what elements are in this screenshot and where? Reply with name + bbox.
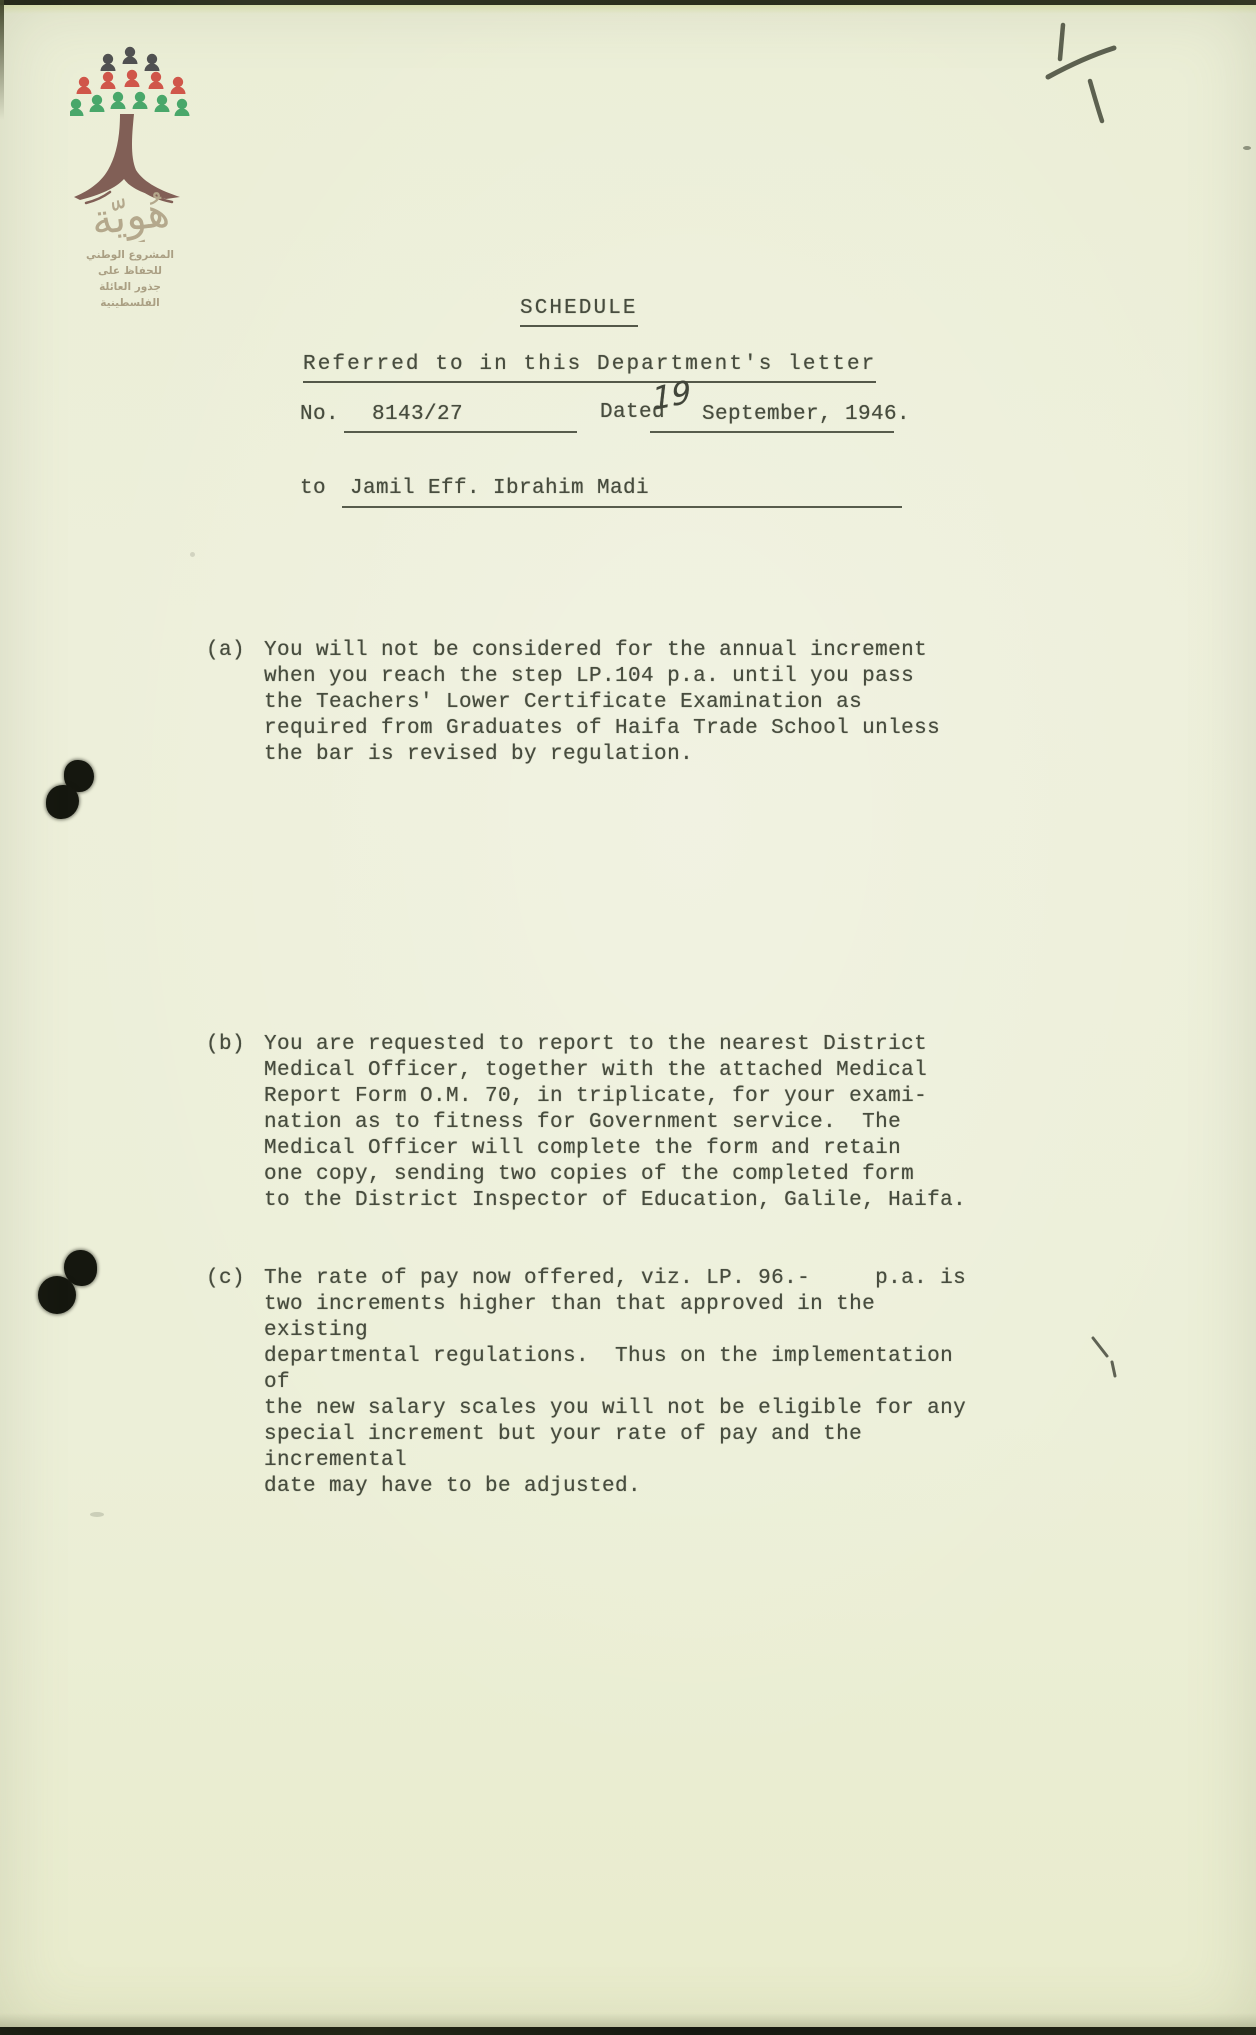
canopy-people-red xyxy=(77,70,186,94)
paragraph-b-label: (b) xyxy=(206,1032,245,1058)
handwritten-tick-marks xyxy=(1085,1330,1125,1380)
reference-line: Referred to in this Department's letter xyxy=(303,352,876,383)
dated-value: September, 1946. xyxy=(702,402,910,428)
scan-speck xyxy=(90,1512,104,1517)
scan-edge-top-tint xyxy=(0,5,1256,14)
number-label: No. xyxy=(300,402,339,428)
identity-project-logo: هُوِيّة المشروع الوطني للحفاظ على جذور ا… xyxy=(70,42,190,311)
scan-edge-bottom-shade xyxy=(0,2013,1256,2027)
handwritten-day: 19 xyxy=(651,374,692,418)
paragraph-a-text: You will not be considered for the annua… xyxy=(264,638,984,768)
scan-speck xyxy=(190,552,195,557)
ink-blot-upper xyxy=(44,758,114,828)
scan-speck xyxy=(1243,146,1251,150)
canopy-people-gray xyxy=(101,47,160,71)
logo-tagline-line2: جذور العائلة الفلسطينية xyxy=(70,279,190,311)
number-value: 8143/27 xyxy=(372,402,463,428)
handwritten-page-mark xyxy=(1030,15,1130,130)
recipient-label: to xyxy=(300,476,326,502)
document-title: SCHEDULE xyxy=(520,296,638,327)
scan-edge-bottom xyxy=(0,2027,1256,2035)
logo-tagline-line1: المشروع الوطني للحفاظ على xyxy=(70,247,190,279)
number-fill-line xyxy=(344,431,577,433)
recipient-value: Jamil Eff. Ibrahim Madi xyxy=(350,476,649,502)
scanned-document-page: هُوِيّة المشروع الوطني للحفاظ على جذور ا… xyxy=(0,0,1256,2035)
dated-fill-line xyxy=(650,431,894,433)
paragraph-c-text: The rate of pay now offered, viz. LP. 96… xyxy=(264,1266,984,1500)
family-tree-logo-icon: هُوِيّة xyxy=(70,42,190,242)
scan-edge-left xyxy=(0,0,4,120)
recipient-fill-line xyxy=(342,506,902,508)
paragraph-a-label: (a) xyxy=(206,638,245,664)
canopy-people-green xyxy=(70,92,190,116)
ink-blot-lower xyxy=(38,1248,118,1338)
paragraph-c-label: (c) xyxy=(206,1266,245,1292)
logo-wordmark: هُوِيّة xyxy=(89,187,173,242)
paragraph-b-text: You are requested to report to the neare… xyxy=(264,1032,984,1214)
